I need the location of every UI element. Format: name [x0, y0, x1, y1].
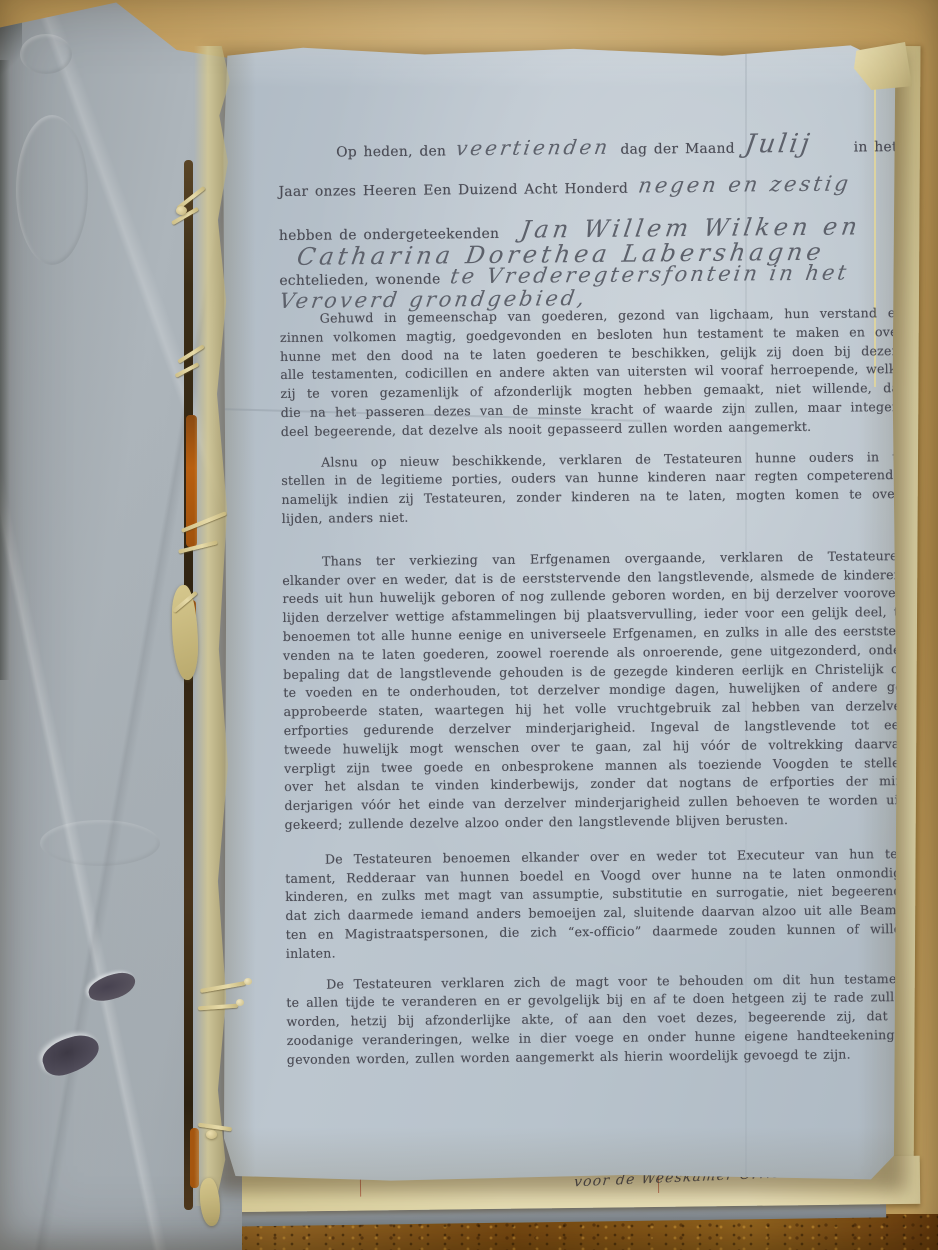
stitch-knot: [176, 206, 187, 215]
opening-line-1: Op heden, den veertienden dag der Maand …: [278, 128, 902, 164]
printed-text: dag der Maand: [620, 141, 735, 158]
opening-line-2: Jaar onzes Heeren Een Duizend Acht Honde…: [278, 171, 902, 201]
printed-text: Jaar onzes Heeren Een Duizend Acht Honde…: [278, 181, 628, 200]
paragraph: Gehuwd in gemeenschap van goederen, gezo…: [280, 304, 905, 442]
printed-text: echtelieden, wonende: [279, 271, 440, 289]
paragraph: Alsnu op nieuw beschikkende, verklaren d…: [281, 448, 906, 529]
photo-of-testament-page: voor de Weeskamer O.V.S. Op heden, den v…: [0, 0, 938, 1250]
printed-text: Op heden, den: [336, 143, 446, 160]
handwritten-month: Julij: [743, 129, 814, 160]
embossed-mark: [20, 34, 72, 74]
thread-tip: [236, 999, 244, 1006]
thread-tip: [244, 978, 252, 985]
stitch-knot: [206, 1130, 217, 1139]
paper-tear: [38, 1030, 104, 1080]
paper-tear: [86, 970, 138, 1005]
spine-crevice: [184, 160, 193, 1210]
paragraph: Thans ter verkiezing van Erfgenamen over…: [282, 547, 909, 835]
embossed-stamp: [16, 115, 88, 265]
paragraph: De Testateuren verklaren zich de magt vo…: [286, 969, 911, 1069]
document-text: Op heden, den veertienden dag der Maand …: [278, 128, 902, 134]
binding-gutter: [160, 0, 270, 1250]
handwritten-year: negen en zestig: [636, 171, 852, 197]
paragraph: De Testateuren benoemen elkander over en…: [285, 845, 910, 964]
page-edge-shadow: [0, 60, 10, 680]
main-page: Op heden, den veertienden dag der Maand …: [222, 42, 898, 1184]
printed-text: in het: [854, 139, 898, 155]
printed-paragraphs: Gehuwd in gemeenschap van goederen, gezo…: [280, 304, 911, 1069]
handwritten-day: veertienden: [454, 135, 612, 161]
embossed-mark: [40, 820, 160, 866]
torn-paper-edge: [194, 46, 240, 1206]
